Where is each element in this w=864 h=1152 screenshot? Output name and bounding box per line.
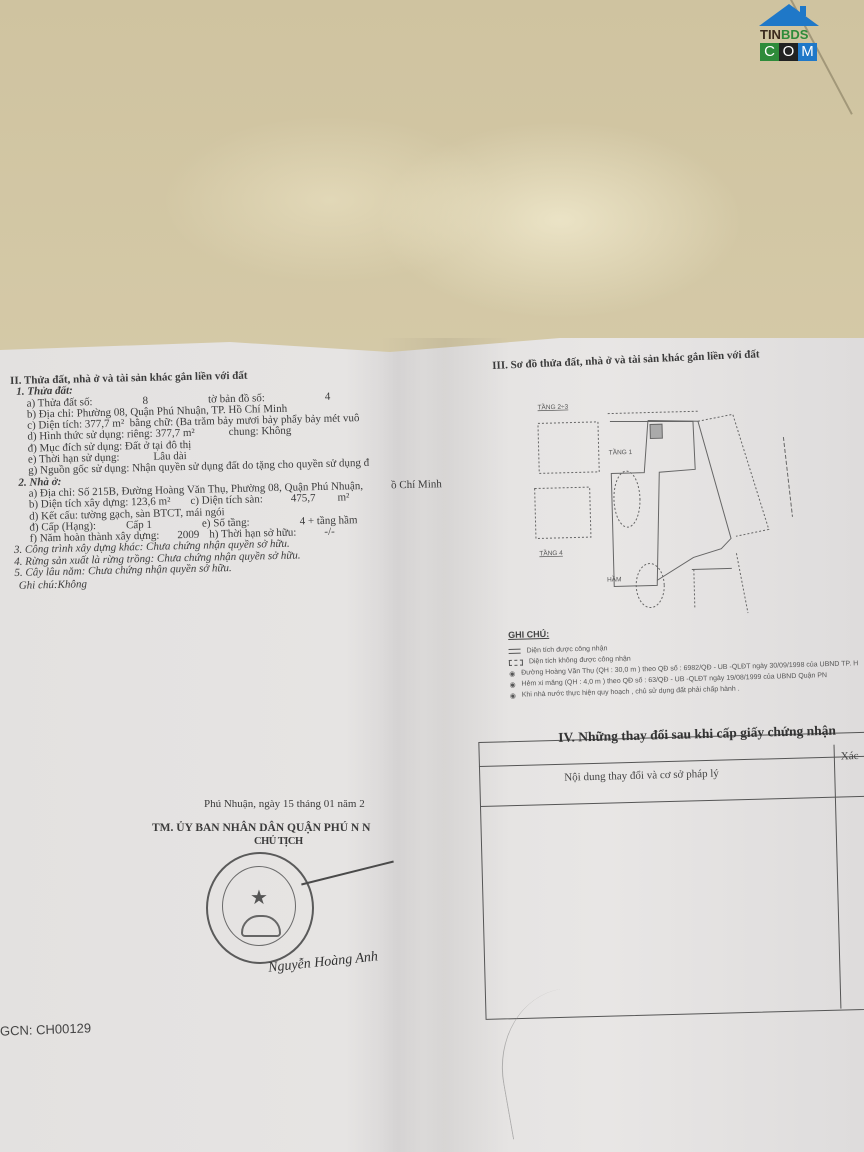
- parcel-diagram: TẦNG 2÷3 TẦNG 1 TẦNG 4 HẦM: [517, 376, 823, 624]
- column-header-confirmation: Xác: [841, 750, 859, 762]
- chimney-icon: [800, 6, 806, 16]
- bullet-icon: ◉: [509, 669, 515, 677]
- tinbds-watermark-logo: TINBDS C O M: [758, 4, 820, 64]
- floor-label-1: TẦNG 1: [609, 446, 633, 457]
- logo-text-bds: BDS: [781, 27, 808, 42]
- floor-label-4: TẦNG 4: [539, 547, 563, 558]
- bullet-icon: ◉: [510, 691, 516, 699]
- issuing-authority: TM. ỦY BAN NHÂN DÂN QUẬN PHÚ N N: [152, 822, 370, 834]
- dashed-box-swatch-icon: [509, 659, 523, 665]
- section-land-house-info: II. Thửa đất, nhà ở và tài sản khác gắn …: [10, 366, 444, 592]
- official-seal-stamp: ★: [206, 852, 314, 964]
- diagram-legend: GHI CHÚ: Diện tích được công nhận Diện t…: [508, 620, 859, 701]
- issue-date: Phú Nhuận, ngày 15 tháng 01 năm 2: [204, 798, 365, 810]
- logo-letter-c: C: [760, 43, 779, 61]
- star-icon: ★: [223, 885, 295, 910]
- floor-label-2-3: TẦNG 2÷3: [537, 401, 568, 412]
- bullet-icon: ◉: [509, 680, 515, 688]
- house-roof-icon: [759, 4, 819, 26]
- logo-letter-o: O: [779, 43, 798, 61]
- certificate-code: GCN: CH00129: [0, 1020, 91, 1038]
- gear-icon: [241, 915, 281, 937]
- signer-role: CHỦ TỊCH: [254, 836, 303, 847]
- logo-letter-m: M: [798, 43, 817, 61]
- national-emblem-icon: ★: [222, 866, 296, 946]
- solid-line-swatch-icon: [509, 649, 521, 654]
- logo-text-tin: TIN: [760, 27, 781, 42]
- changes-after-issuance-table: IV. Những thay đổi sau khi cấp giấy chứn…: [478, 720, 864, 1020]
